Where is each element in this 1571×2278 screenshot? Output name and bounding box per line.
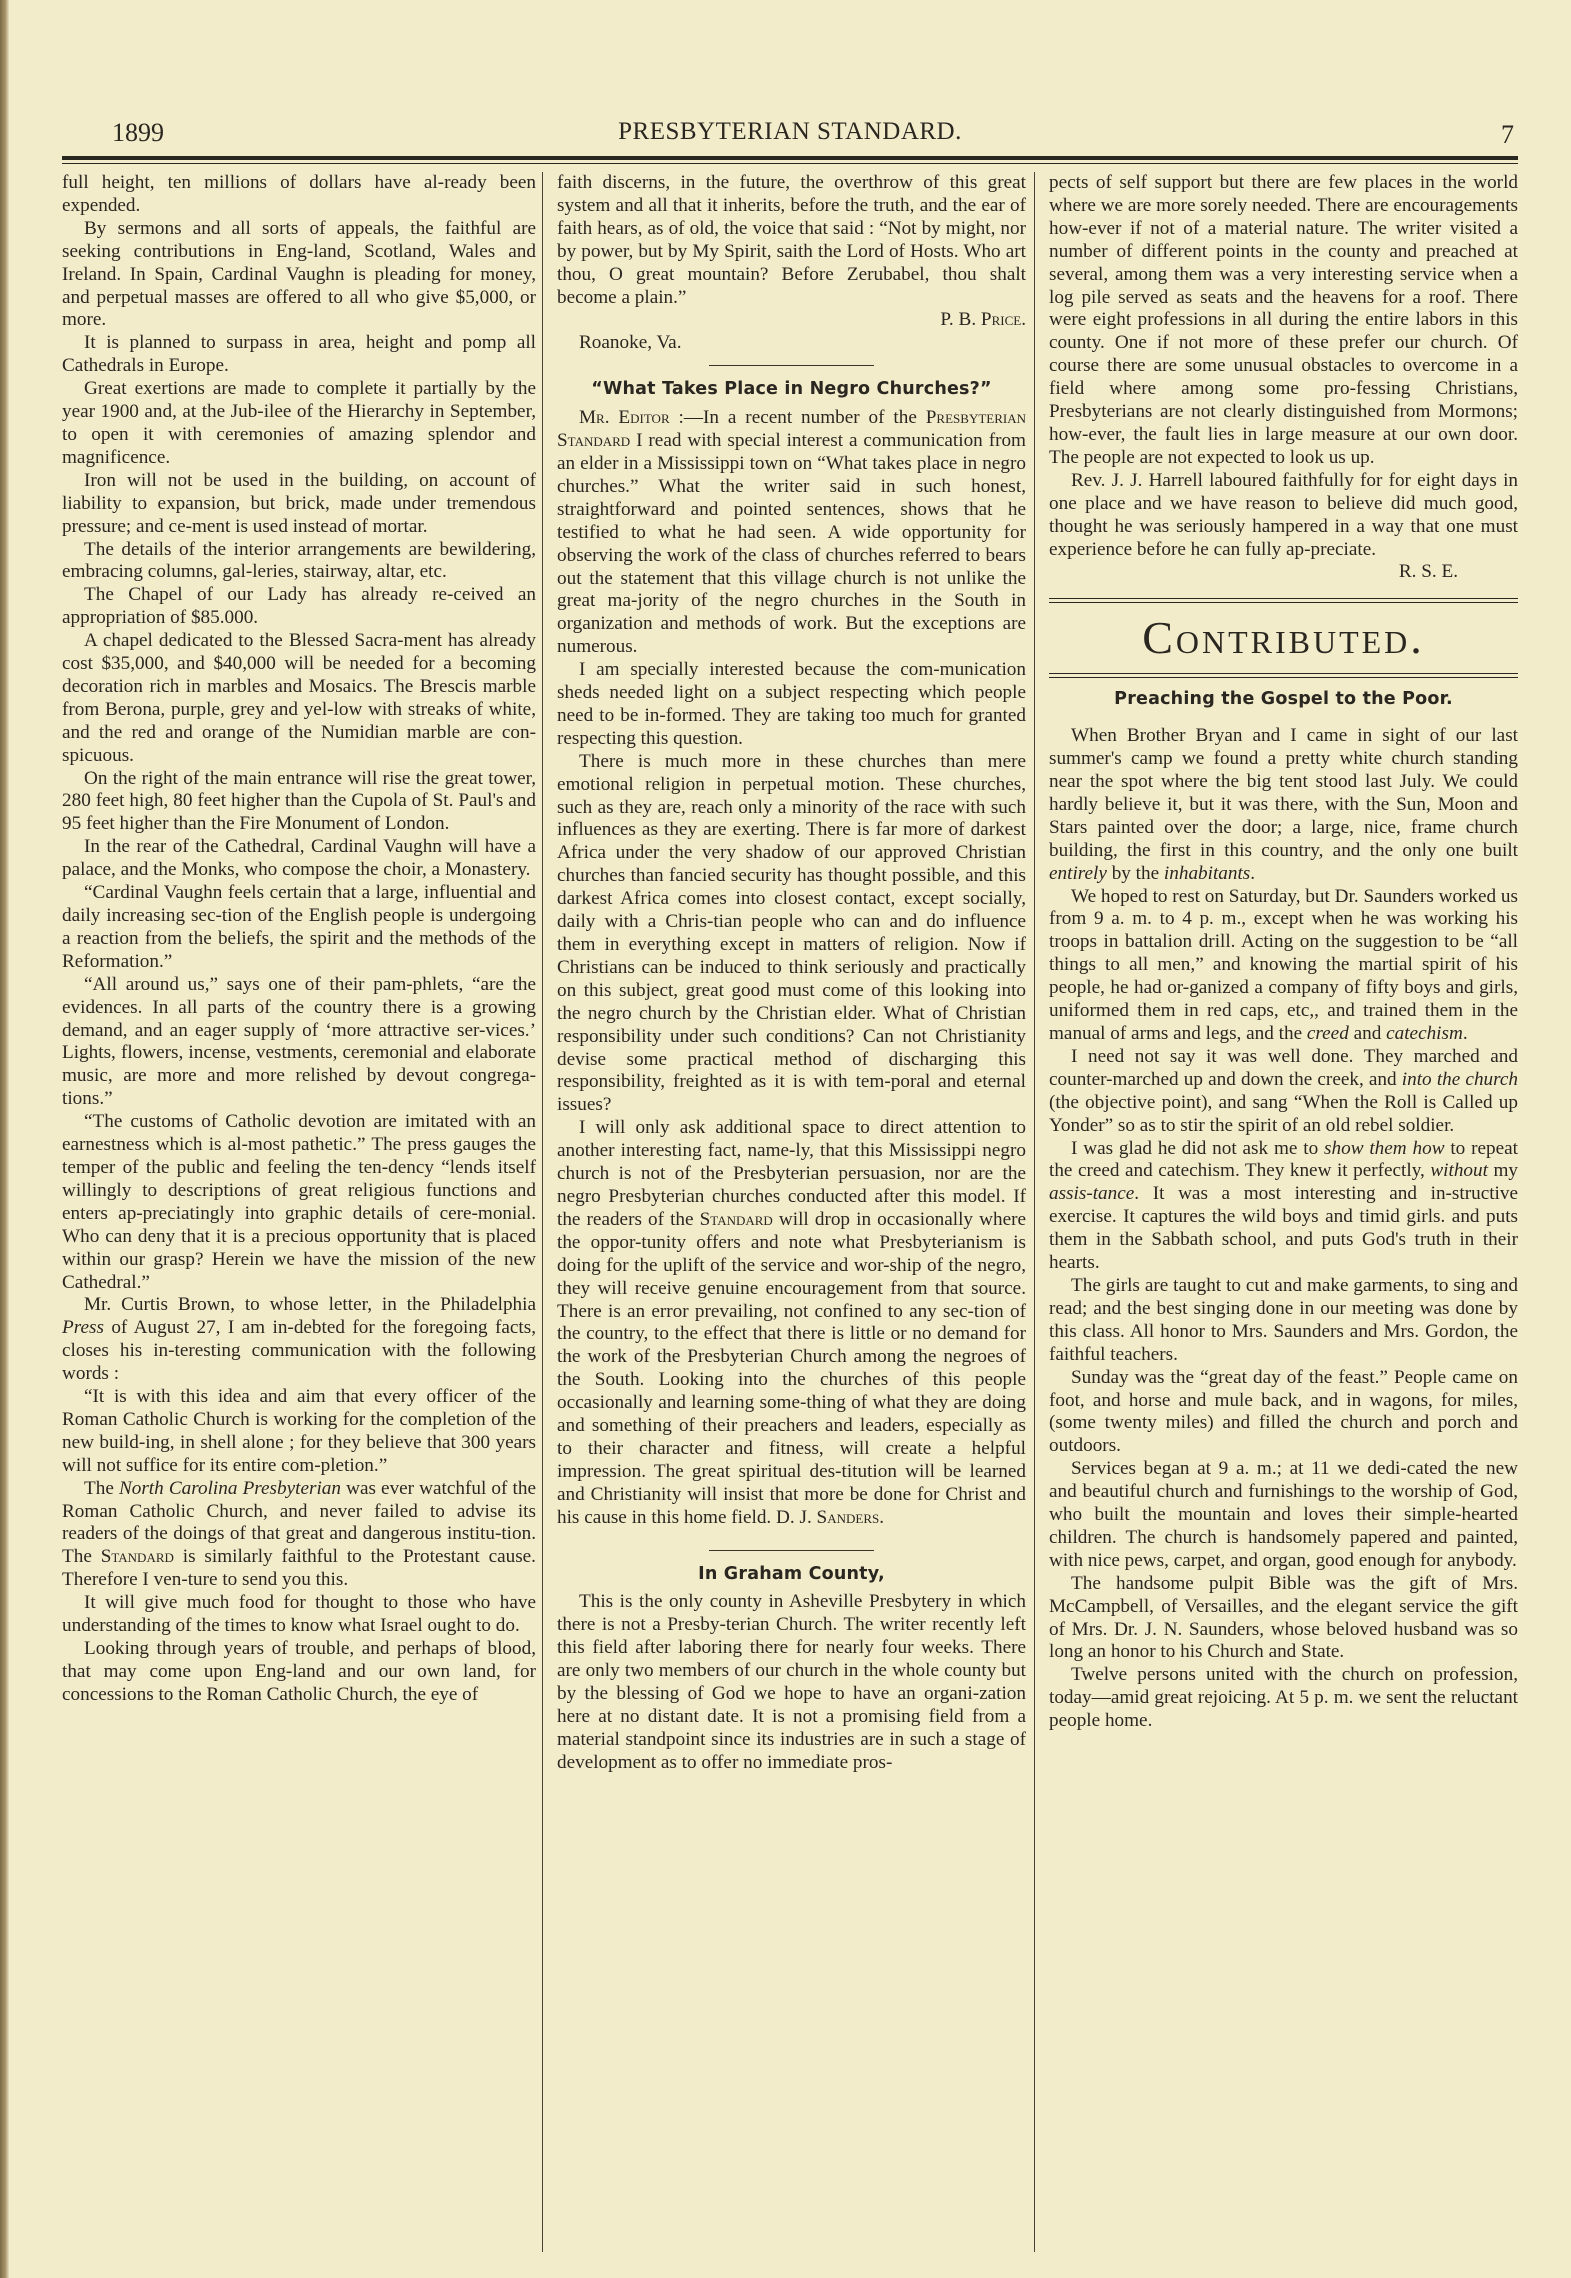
header-double-rule xyxy=(62,156,1518,164)
article-separator xyxy=(709,1550,874,1551)
paragraph: By sermons and all sorts of appeals, the… xyxy=(62,218,536,333)
paragraph: I will only ask additional space to dire… xyxy=(557,1117,1026,1529)
paragraph: Services began at 9 a. m.; at 11 we dedi… xyxy=(1049,1458,1518,1573)
column-3: pects of self support but there are few … xyxy=(1034,172,1518,2252)
paragraph: Sunday was the “great day of the feast.”… xyxy=(1049,1367,1518,1459)
section-title: Contributed. xyxy=(1049,603,1518,673)
paragraph: Twelve persons united with the church on… xyxy=(1049,1664,1518,1733)
masthead-title: PRESBYTERIAN STANDARD. xyxy=(62,118,1518,146)
signature: R. S. E. xyxy=(1049,561,1518,584)
paragraph: On the right of the main entrance will r… xyxy=(62,768,536,837)
paragraph-nc-presbyterian: The North Carolina Presbyterian was ever… xyxy=(62,1478,536,1593)
paragraph: A chapel dedicated to the Blessed Sacra-… xyxy=(62,630,536,767)
column-2: faith discerns, in the future, the overt… xyxy=(542,172,1034,2252)
paragraph: The Chapel of our Lady has already re-ce… xyxy=(62,584,536,630)
paragraph: When Brother Bryan and I came in sight o… xyxy=(1049,725,1518,885)
paragraph: We hoped to rest on Saturday, but Dr. Sa… xyxy=(1049,886,1518,1046)
signature: P. B. Price. xyxy=(557,309,1026,332)
paragraph: Rev. J. J. Harrell laboured faithfully f… xyxy=(1049,470,1518,562)
article-title: Preaching the Gospel to the Poor. xyxy=(1049,688,1518,711)
paragraph: Mr. Editor :—In a recent number of the P… xyxy=(557,407,1026,659)
paragraph: In the rear of the Cathedral, Cardinal V… xyxy=(62,836,536,882)
paragraph: Great exertions are made to complete it … xyxy=(62,378,536,470)
signature: D. J. Sanders. xyxy=(776,1507,884,1528)
paragraph: The handsome pulpit Bible was the gift o… xyxy=(1049,1573,1518,1665)
banner-rule xyxy=(1049,673,1518,678)
newspaper-name: North Carolina Presbyterian xyxy=(119,1478,341,1499)
paragraph: It will give much food for thought to th… xyxy=(62,1592,536,1638)
columns: full height, ten millions of dollars hav… xyxy=(62,172,1518,2252)
paragraph: Looking through years of trouble, and pe… xyxy=(62,1638,536,1707)
newspaper-name: Press xyxy=(62,1317,104,1338)
paragraph: faith discerns, in the future, the overt… xyxy=(557,172,1026,309)
article-separator xyxy=(709,365,874,366)
paragraph: Iron will not be used in the building, o… xyxy=(62,470,536,539)
newspaper-page: 1899 PRESBYTERIAN STANDARD. 7 full heigh… xyxy=(62,112,1518,2252)
paragraph: “It is with this idea and aim that every… xyxy=(62,1386,536,1478)
paragraph: “All around us,” says one of their pam-p… xyxy=(62,974,536,1111)
paragraph: “The customs of Catholic devotion are im… xyxy=(62,1111,536,1294)
dateline-place: Roanoke, Va. xyxy=(557,332,1026,355)
paragraph: There is much more in these churches tha… xyxy=(557,751,1026,1118)
paragraph: It is planned to surpass in area, height… xyxy=(62,332,536,378)
paragraph: “Cardinal Vaughn feels certain that a la… xyxy=(62,882,536,974)
paragraph: full height, ten millions of dollars hav… xyxy=(62,172,536,218)
page-header: 1899 PRESBYTERIAN STANDARD. 7 xyxy=(62,112,1518,152)
paragraph: pects of self support but there are few … xyxy=(1049,172,1518,470)
page-number: 7 xyxy=(1501,120,1514,150)
page-binding-edge xyxy=(0,0,9,2278)
column-1: full height, ten millions of dollars hav… xyxy=(62,172,542,2252)
paragraph: This is the only county in Asheville Pre… xyxy=(557,1591,1026,1774)
paragraph: I am specially interested because the co… xyxy=(557,659,1026,751)
article-title: “What Takes Place in Negro Churches?” xyxy=(557,378,1026,401)
paragraph: The girls are taught to cut and make gar… xyxy=(1049,1275,1518,1367)
paragraph: I need not say it was well done. They ma… xyxy=(1049,1046,1518,1138)
article-title: In Graham County, xyxy=(557,1563,1026,1586)
paragraph-curtis-brown: Mr. Curtis Brown, to whose letter, in th… xyxy=(62,1294,536,1386)
section-banner: Contributed. xyxy=(1049,598,1518,678)
paragraph: The details of the interior arrangements… xyxy=(62,539,536,585)
paragraph: I was glad he did not ask me to show the… xyxy=(1049,1138,1518,1275)
